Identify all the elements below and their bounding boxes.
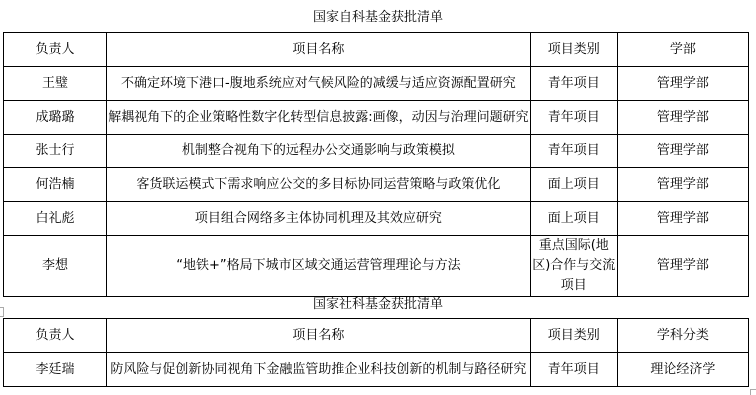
cell-project-name: “地铁+”格局下城市区域交通运营管理理论与方法 bbox=[107, 236, 531, 297]
cell-discipline: 理论经济学 bbox=[617, 353, 748, 387]
nssf-table-title: 国家社科基金获批清单 bbox=[0, 297, 756, 313]
table-header-row: 负责人 项目名称 项目类别 学部 bbox=[4, 33, 749, 67]
cell-department: 管理学部 bbox=[617, 202, 748, 236]
cell-project-name: 不确定环境下港口-腹地系统应对气候风险的减缓与适应资源配置研究 bbox=[107, 67, 531, 101]
cell-project-name: 项目组合网络多主体协同机理及其效应研究 bbox=[107, 202, 531, 236]
cell-category: 青年项目 bbox=[530, 353, 617, 387]
cell-category: 重点国际(地区)合作与交流项目 bbox=[530, 236, 617, 297]
header-category: 项目类别 bbox=[530, 33, 617, 67]
table-row: 李想 “地铁+”格局下城市区域交通运营管理理论与方法 重点国际(地区)合作与交流… bbox=[4, 236, 749, 297]
cell-department: 管理学部 bbox=[617, 101, 748, 135]
cell-department: 管理学部 bbox=[617, 67, 748, 101]
cell-leader: 张士行 bbox=[4, 135, 107, 168]
table-row: 白礼彪 项目组合网络多主体协同机理及其效应研究 面上项目 管理学部 bbox=[4, 202, 749, 236]
cell-department: 管理学部 bbox=[617, 168, 748, 202]
cell-leader: 李想 bbox=[4, 236, 107, 297]
header-leader: 负责人 bbox=[4, 33, 107, 67]
cell-project-name: 机制整合视角下的远程办公交通影响与政策模拟 bbox=[107, 135, 531, 168]
cell-leader: 成璐璐 bbox=[4, 101, 107, 135]
cell-leader: 李廷瑞 bbox=[4, 353, 107, 387]
nssf-table: 负责人 项目名称 项目类别 学科分类 李廷瑞 防风险与促创新协同视角下金融监管助… bbox=[3, 318, 749, 387]
cell-leader: 王璧 bbox=[4, 67, 107, 101]
cell-project-name: 防风险与促创新协同视角下金融监管助推企业科技创新的机制与路径研究 bbox=[107, 353, 531, 387]
header-department: 学部 bbox=[617, 33, 748, 67]
cell-department: 管理学部 bbox=[617, 135, 748, 168]
cell-category: 青年项目 bbox=[530, 67, 617, 101]
table-resize-handle[interactable] bbox=[750, 389, 756, 395]
cell-leader: 白礼彪 bbox=[4, 202, 107, 236]
nsfc-table-title: 国家自科基金获批清单 bbox=[0, 10, 756, 26]
table-header-row: 负责人 项目名称 项目类别 学科分类 bbox=[4, 319, 749, 353]
header-category: 项目类别 bbox=[530, 319, 617, 353]
table-row: 王璧 不确定环境下港口-腹地系统应对气候风险的减缓与适应资源配置研究 青年项目 … bbox=[4, 67, 749, 101]
cell-department: 管理学部 bbox=[617, 236, 748, 297]
header-project-name: 项目名称 bbox=[107, 319, 531, 353]
cell-category: 青年项目 bbox=[530, 101, 617, 135]
cell-category: 青年项目 bbox=[530, 135, 617, 168]
table-row: 张士行 机制整合视角下的远程办公交通影响与政策模拟 青年项目 管理学部 bbox=[4, 135, 749, 168]
table-row: 李廷瑞 防风险与促创新协同视角下金融监管助推企业科技创新的机制与路径研究 青年项… bbox=[4, 353, 749, 387]
header-discipline: 学科分类 bbox=[617, 319, 748, 353]
table-row: 成璐璐 解耦视角下的企业策略性数字化转型信息披露:画像，动因与治理问题研究 青年… bbox=[4, 101, 749, 135]
cell-category: 面上项目 bbox=[530, 168, 617, 202]
cell-leader: 何浩楠 bbox=[4, 168, 107, 202]
table-row: 何浩楠 客货联运模式下需求响应公交的多目标协同运营策略与政策优化 面上项目 管理… bbox=[4, 168, 749, 202]
cell-category: 面上项目 bbox=[530, 202, 617, 236]
nsfc-table: 负责人 项目名称 项目类别 学部 王璧 不确定环境下港口-腹地系统应对气候风险的… bbox=[3, 32, 749, 297]
cell-project-name: 客货联运模式下需求响应公交的多目标协同运营策略与政策优化 bbox=[107, 168, 531, 202]
cell-project-name: 解耦视角下的企业策略性数字化转型信息披露:画像，动因与治理问题研究 bbox=[107, 101, 531, 135]
header-leader: 负责人 bbox=[4, 319, 107, 353]
header-project-name: 项目名称 bbox=[107, 33, 531, 67]
